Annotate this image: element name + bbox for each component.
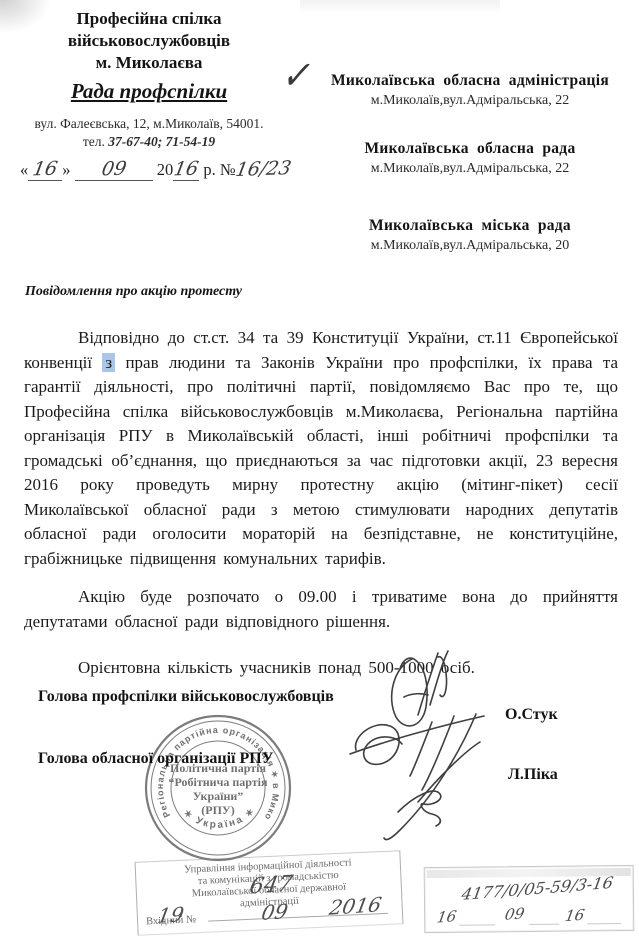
round-party-stamp: Регіональна партійна організація ✶ в Мик… [142,712,294,864]
recipient-name: Миколаївська обласна рада [305,140,635,158]
recipient-address: м.Миколаїв,вул.Адміральська, 20 [305,238,635,254]
handwritten-entry-month: 09 [260,899,290,925]
handwritten-reg-day: 16 [436,907,458,927]
recipient-address: м.Миколаїв,вул.Адміральська, 22 [305,93,635,109]
letter-body: Відповідно до ст.ст. 34 та 39 Конституці… [24,326,618,681]
year-printed: 20 [157,160,174,179]
handwritten-reg-month: 09 [504,904,526,924]
letterhead-address: вул. Фалеєвська, 12, м.Миколаїв, 54001. … [10,115,288,151]
recipient-address: м.Миколаїв,вул.Адміральська, 22 [305,161,635,177]
body-paragraph-3: Орієнтовна кількість учасників понад 500… [24,656,618,681]
handwritten-day: 16 [32,162,59,177]
handwritten-month: 09 [100,162,127,177]
handwritten-incoming-number: 647 [247,872,294,900]
scan-smudge [300,0,500,14]
body-paragraph-2: Акцію буде розпочато о 09.00 і триватиме… [24,585,618,634]
recipients-list: Миколаївська обласна адміністрація м.Мик… [305,72,635,285]
handwritten-doc-number: 16/23 [234,161,292,177]
p1-highlighted-word: з [102,353,115,372]
scanned-letter-page: Професійна спілка військовослужбовців м.… [0,0,639,945]
blank-line [459,923,495,925]
blank-line [587,922,621,924]
phone-numbers: 37-67-40; 71-54-19 [108,134,215,149]
recipient-block: Миколаївська міська рада м.Миколаїв,вул.… [305,217,635,254]
handwritten-entry-day: 19 [156,902,186,928]
recipient-name: Миколаївська міська рада [305,217,635,235]
org-name-line: Професійна спілка [10,8,288,30]
stamp-center-line: України” [193,789,244,803]
body-paragraph-1: Відповідно до ст.ст. 34 та 39 Конституці… [24,326,618,571]
recipient-block: Миколаївська обласна рада м.Миколаїв,вул… [305,140,635,177]
org-name-line: м. Миколаєва [10,52,288,74]
org-phones: тел. 37-67-40; 71-54-19 [10,133,288,151]
stamp-center-line: Політична партія [170,761,266,775]
date-number-line: «16» 09 2016 р. №16/23 [20,160,320,181]
number-label: № [220,160,236,179]
year-label: р. [203,160,215,179]
handwritten-entry-year: 2016 [327,892,383,919]
org-name-line: військовослужбовців [10,30,288,52]
letterhead-org-block: Професійна спілка військовослужбовців м.… [10,8,288,104]
subject-line: Повідомлення про акцію протесту [25,284,242,300]
handwritten-registration-number: 4177/0/05-59/3-16 [460,873,614,904]
p1-text: прав людини та Законів України про профс… [24,353,618,568]
blank-line [529,923,559,925]
quote-close: » [62,160,70,179]
handwritten-reg-year: 16 [564,906,586,926]
signer-title-1: Голова профспілки військовослужбовців [38,688,334,706]
signature-pika [348,712,518,857]
registration-number-box: 4177/0/05-59/3-16 16 09 16 [424,865,635,933]
handwritten-year: 16 [173,162,200,177]
recipient-block: Миколаївська обласна адміністрація м.Мик… [305,72,635,109]
quote-open: « [20,160,28,179]
stamp-center-line: (РПУ) [201,803,234,817]
stamp-center-line: “Робітнича партія [168,775,268,789]
org-council-title: Рада профспілки [71,79,227,104]
org-street-address: вул. Фалеєвська, 12, м.Миколаїв, 54001. [10,115,288,133]
phone-label: тел. [83,134,108,149]
recipient-name: Миколаївська обласна адміністрація [305,72,635,90]
